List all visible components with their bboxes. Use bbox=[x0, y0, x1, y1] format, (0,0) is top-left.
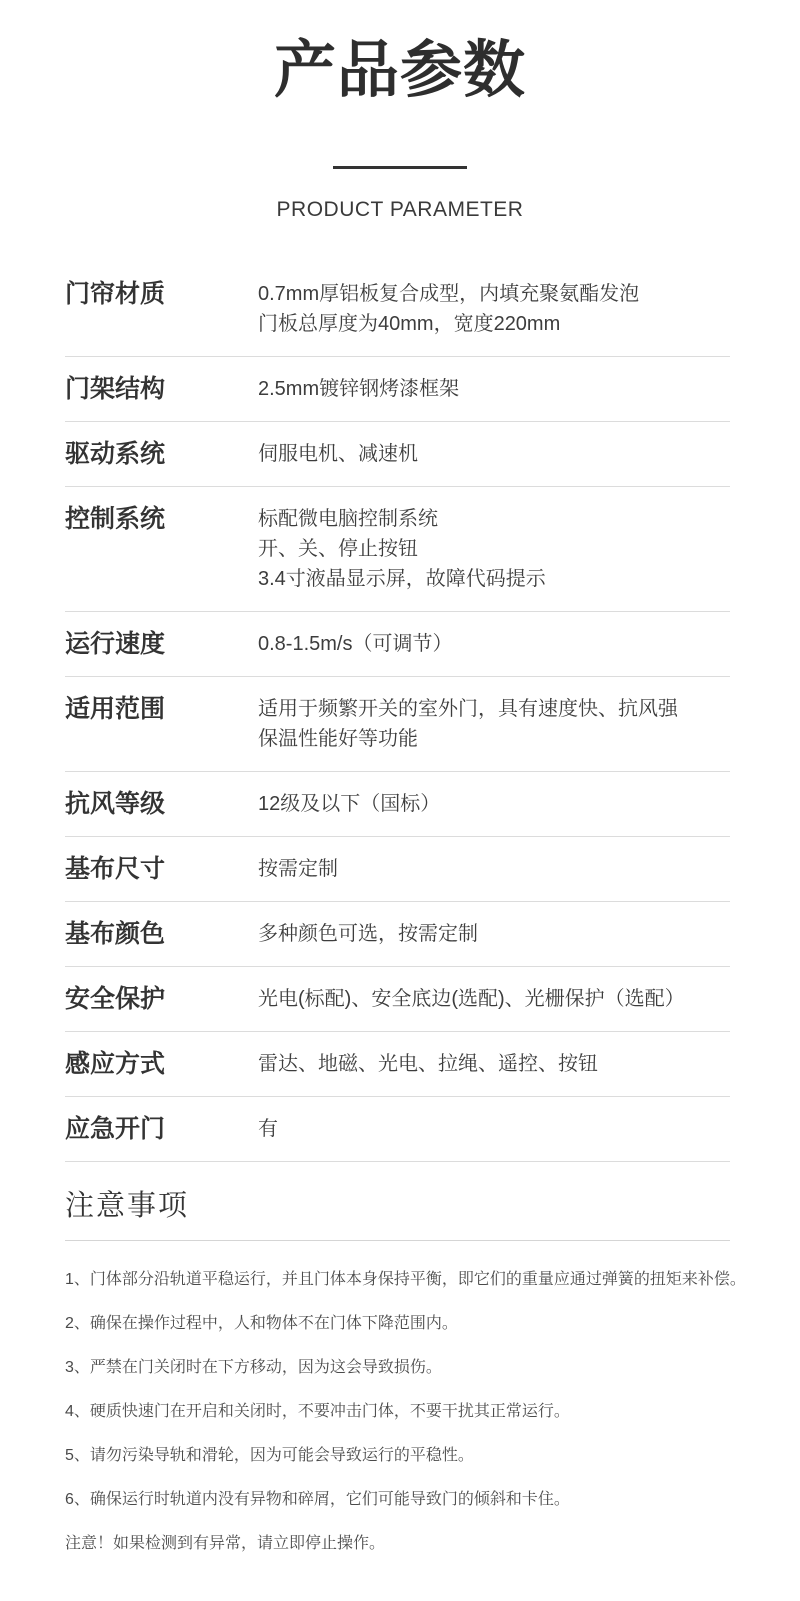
spec-value-line: 标配微电脑控制系统 bbox=[258, 504, 730, 534]
spec-label: 控制系统 bbox=[65, 504, 258, 534]
spec-value: 0.7mm厚铝板复合成型，内填充聚氨酯发泡 门板总厚度为40mm，宽度220mm bbox=[258, 279, 730, 339]
spec-label: 基布颜色 bbox=[65, 919, 258, 949]
spec-value: 按需定制 bbox=[258, 854, 730, 884]
spec-value-line: 适用于频繁开关的室外门，具有速度快、抗风强 bbox=[258, 694, 730, 724]
spec-row-fabric-color: 基布颜色 多种颜色可选，按需定制 bbox=[65, 902, 730, 967]
spec-value: 标配微电脑控制系统 开、关、停止按钮 3.4寸液晶显示屏，故障代码提示 bbox=[258, 504, 730, 594]
note-item: 6、确保运行时轨道内没有异物和碎屑，它们可能导致门的倾斜和卡住。 bbox=[65, 1491, 730, 1508]
spec-label: 基布尺寸 bbox=[65, 854, 258, 884]
spec-row-drive-system: 驱动系统 伺服电机、减速机 bbox=[65, 422, 730, 487]
spec-row-curtain-material: 门帘材质 0.7mm厚铝板复合成型，内填充聚氨酯发泡 门板总厚度为40mm，宽度… bbox=[65, 262, 730, 357]
spec-table: 门帘材质 0.7mm厚铝板复合成型，内填充聚氨酯发泡 门板总厚度为40mm，宽度… bbox=[65, 262, 730, 1162]
spec-value: 0.8-1.5m/s（可调节） bbox=[258, 629, 730, 659]
spec-value-line: 0.8-1.5m/s（可调节） bbox=[258, 629, 730, 659]
spec-row-wind-resistance: 抗风等级 12级及以下（国标） bbox=[65, 772, 730, 837]
spec-label: 适用范围 bbox=[65, 694, 258, 724]
spec-row-fabric-size: 基布尺寸 按需定制 bbox=[65, 837, 730, 902]
spec-row-application-range: 适用范围 适用于频繁开关的室外门，具有速度快、抗风强 保温性能好等功能 bbox=[65, 677, 730, 772]
spec-value-line: 12级及以下（国标） bbox=[258, 789, 730, 819]
spec-value: 2.5mm镀锌钢烤漆框架 bbox=[258, 374, 730, 404]
spec-row-emergency-opening: 应急开门 有 bbox=[65, 1097, 730, 1162]
spec-value-line: 有 bbox=[258, 1114, 730, 1144]
spec-value-line: 按需定制 bbox=[258, 854, 730, 884]
spec-row-running-speed: 运行速度 0.8-1.5m/s（可调节） bbox=[65, 612, 730, 677]
spec-value: 有 bbox=[258, 1114, 730, 1144]
spec-value: 光电(标配)、安全底边(选配)、光栅保护（选配） bbox=[258, 984, 730, 1014]
page-subtitle: PRODUCT PARAMETER bbox=[0, 198, 800, 222]
product-parameter-page: 产品参数 PRODUCT PARAMETER 门帘材质 0.7mm厚铝板复合成型… bbox=[0, 0, 800, 1601]
spec-label: 应急开门 bbox=[65, 1114, 258, 1144]
note-item: 3、严禁在门关闭时在下方移动，因为这会导致损伤。 bbox=[65, 1359, 730, 1376]
spec-row-frame-structure: 门架结构 2.5mm镀锌钢烤漆框架 bbox=[65, 357, 730, 422]
note-item: 2、确保在操作过程中，人和物体不在门体下降范围内。 bbox=[65, 1315, 730, 1332]
spec-label: 感应方式 bbox=[65, 1049, 258, 1079]
spec-value: 12级及以下（国标） bbox=[258, 789, 730, 819]
spec-row-control-system: 控制系统 标配微电脑控制系统 开、关、停止按钮 3.4寸液晶显示屏，故障代码提示 bbox=[65, 487, 730, 612]
spec-value: 多种颜色可选，按需定制 bbox=[258, 919, 730, 949]
spec-value: 适用于频繁开关的室外门，具有速度快、抗风强 保温性能好等功能 bbox=[258, 694, 730, 754]
spec-value-line: 3.4寸液晶显示屏，故障代码提示 bbox=[258, 564, 730, 594]
spec-value-line: 开、关、停止按钮 bbox=[258, 534, 730, 564]
header: 产品参数 PRODUCT PARAMETER bbox=[0, 0, 800, 222]
spec-value-line: 多种颜色可选，按需定制 bbox=[258, 919, 730, 949]
spec-label: 运行速度 bbox=[65, 629, 258, 659]
notes-list: 1、门体部分沿轨道平稳运行，并且门体本身保持平衡，即它们的重量应通过弹簧的扭矩来… bbox=[65, 1271, 730, 1552]
title-divider bbox=[333, 166, 467, 169]
spec-value-line: 雷达、地磁、光电、拉绳、遥控、按钮 bbox=[258, 1049, 730, 1079]
notes-divider bbox=[65, 1240, 730, 1241]
spec-value-line: 2.5mm镀锌钢烤漆框架 bbox=[258, 374, 730, 404]
note-warning: 注意！如果检测到有异常，请立即停止操作。 bbox=[65, 1535, 730, 1552]
spec-value: 雷达、地磁、光电、拉绳、遥控、按钮 bbox=[258, 1049, 730, 1079]
spec-value-line: 门板总厚度为40mm，宽度220mm bbox=[258, 309, 730, 339]
page-title: 产品参数 bbox=[0, 36, 800, 106]
spec-label: 门架结构 bbox=[65, 374, 258, 404]
spec-label: 驱动系统 bbox=[65, 439, 258, 469]
spec-value: 伺服电机、减速机 bbox=[258, 439, 730, 469]
spec-value-line: 保温性能好等功能 bbox=[258, 724, 730, 754]
spec-value-line: 0.7mm厚铝板复合成型，内填充聚氨酯发泡 bbox=[258, 279, 730, 309]
spec-label: 安全保护 bbox=[65, 984, 258, 1014]
spec-value-line: 伺服电机、减速机 bbox=[258, 439, 730, 469]
spec-value-line: 光电(标配)、安全底边(选配)、光栅保护（选配） bbox=[258, 984, 730, 1014]
note-item: 4、硬质快速门在开启和关闭时，不要冲击门体，不要干扰其正常运行。 bbox=[65, 1403, 730, 1420]
note-item: 5、请勿污染导轨和滑轮，因为可能会导致运行的平稳性。 bbox=[65, 1447, 730, 1464]
spec-row-safety-protection: 安全保护 光电(标配)、安全底边(选配)、光栅保护（选配） bbox=[65, 967, 730, 1032]
spec-label: 抗风等级 bbox=[65, 789, 258, 819]
note-item: 1、门体部分沿轨道平稳运行，并且门体本身保持平衡，即它们的重量应通过弹簧的扭矩来… bbox=[65, 1271, 730, 1288]
spec-label: 门帘材质 bbox=[65, 279, 258, 309]
spec-row-sensing-method: 感应方式 雷达、地磁、光电、拉绳、遥控、按钮 bbox=[65, 1032, 730, 1097]
notes-section: 注意事项 1、门体部分沿轨道平稳运行，并且门体本身保持平衡，即它们的重量应通过弹… bbox=[65, 1189, 730, 1552]
notes-heading: 注意事项 bbox=[65, 1189, 730, 1223]
